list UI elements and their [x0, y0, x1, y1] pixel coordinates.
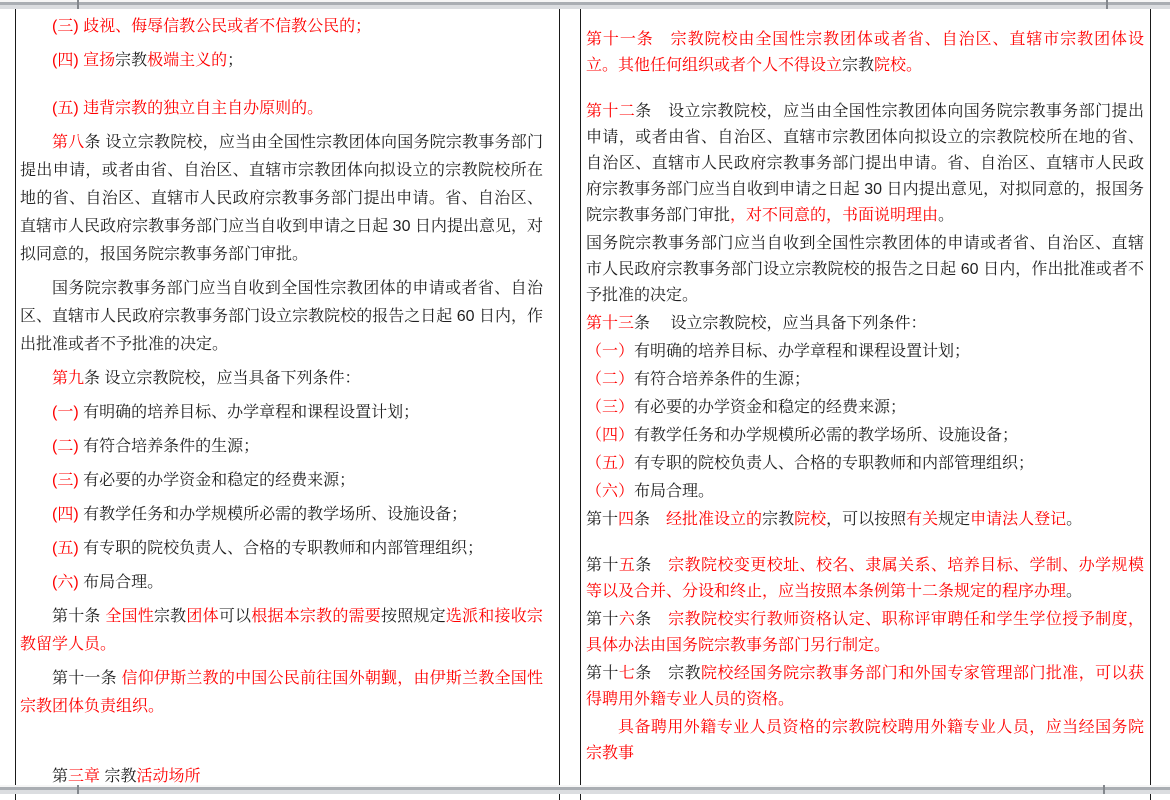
text-run: 有明确的培养目标、办学章程和课程设置计划；	[83, 404, 419, 421]
changed-text-run: (三)	[52, 472, 83, 489]
left-document-pane[interactable]: (三) 歧视、侮辱信教公民或者不信教公民的；(四) 宣扬宗教极端主义的；(五) …	[15, 9, 560, 785]
page-gap-band-top	[0, 0, 1170, 9]
paragraph: 第十二条 设立宗教院校，应当由全国性宗教团体向国务院宗教事务部门提出申请，或者由…	[586, 99, 1144, 229]
ruler-tick	[1103, 785, 1105, 794]
blank-line	[586, 535, 1144, 553]
ruler-tick	[77, 785, 79, 794]
changed-text-run: (三) 歧视、侮辱信教公民或者不信教公民的；	[52, 18, 371, 35]
text-run: 宗教	[115, 52, 147, 69]
paragraph: 第十三条 设立宗教院校，应当具备下列条件：	[586, 311, 1144, 337]
text-run: 第十	[586, 557, 619, 574]
changed-text-run: (四) 宣扬	[52, 52, 115, 69]
text-run: 条	[634, 511, 666, 528]
paragraph: （六）布局合理。	[586, 479, 1144, 505]
changed-text-run: （五）	[586, 455, 634, 472]
band-stripe	[0, 790, 1170, 794]
text-run: 第十条	[52, 608, 105, 625]
changed-text-run: 五	[619, 557, 635, 574]
next-page-border-stub	[580, 794, 581, 800]
changed-text-run: 具备聘用外籍专业人员资格的宗教院校聘用外籍专业人员，应当经国务院宗教事	[586, 719, 1144, 762]
text-run: 第十	[586, 665, 619, 682]
paragraph: 第十七条 宗教院校经国务院宗教事务部门和外国专家管理部门批准，可以获得聘用外籍专…	[586, 661, 1144, 713]
text-run: 有必要的办学资金和稳定的经费来源；	[83, 472, 355, 489]
text-run: 条 设立宗教院校，应当由全国性宗教团体向国务院宗教事务部门提出申请，或者由省、自…	[586, 103, 1144, 224]
text-run: 。	[938, 207, 954, 224]
text-run: 有符合培养条件的生源；	[634, 371, 810, 388]
changed-text-run: 三章	[68, 768, 100, 785]
paragraph: 第十五条 宗教院校变更校址、校名、隶属关系、培养目标、学制、办学规模等以及合并、…	[586, 553, 1144, 605]
changed-text-run: (二)	[52, 438, 83, 455]
changed-text-run: 第十三	[586, 315, 634, 332]
paragraph: (六) 布局合理。	[20, 569, 543, 597]
text-run: 条	[635, 557, 668, 574]
changed-text-run: 活动场所	[136, 768, 200, 785]
text-run: 条 宗教	[635, 665, 701, 682]
changed-text-run: 第九	[52, 370, 84, 387]
paragraph: (三) 歧视、侮辱信教公民或者不信教公民的；	[20, 13, 543, 41]
paragraph: (一) 有明确的培养目标、办学章程和课程设置计划；	[20, 399, 543, 427]
changed-text-run: 根据本宗教的需要	[251, 608, 381, 625]
text-run: 宗教	[842, 57, 874, 74]
changed-text-run: ，对不同意的，书面说明理由	[730, 207, 938, 224]
paragraph: 第十条 全国性宗教团体可以根据本宗教的需要按照规定选派和接收宗教留学人员。	[20, 603, 543, 659]
blank-line	[586, 81, 1144, 99]
changed-text-run: 经批准设立的	[666, 511, 762, 528]
changed-text-run: (四)	[52, 506, 83, 523]
text-run: 有必要的办学资金和稳定的经费来源；	[634, 399, 906, 416]
text-run: 国务院宗教事务部门应当自收到全国性宗教团体的申请或者省、自治区、直辖市人民政府宗…	[586, 235, 1144, 304]
paragraph: 国务院宗教事务部门应当自收到全国性宗教团体的申请或者省、自治区、直辖市人民政府宗…	[586, 231, 1144, 309]
next-page-border-stub	[15, 794, 16, 800]
changed-text-run: 宗教院校变更校址、校名、隶属关系、培养目标、学制、办学规模等以及合并、分设和终止…	[586, 557, 1144, 600]
text-run: 国务院宗教事务部门应当自收到全国性宗教团体的申请或者省、自治区、直辖市人民政府宗…	[20, 280, 543, 353]
paragraph: 第十一条 信仰伊斯兰教的中国公民前往国外朝觐，由伊斯兰教全国性宗教团体负责组织。	[20, 665, 543, 721]
text-run: 。	[1066, 511, 1082, 528]
paragraph: (四) 宣扬宗教极端主义的；	[20, 47, 543, 75]
blank-line	[20, 727, 543, 763]
text-run: 条 设立宗教院校，应当具备下列条件：	[634, 315, 926, 332]
paragraph: (五) 有专职的院校负责人、合格的专职教师和内部管理组织；	[20, 535, 543, 563]
changed-text-run: （四）	[586, 427, 634, 444]
changed-text-run: 七	[619, 665, 635, 682]
changed-text-run: 申请法人登记	[970, 511, 1066, 528]
blank-line	[20, 81, 543, 95]
changed-text-run: 院校。	[874, 57, 922, 74]
changed-text-run: （二）	[586, 371, 634, 388]
text-run: 有专职的院校负责人、合格的专职教师和内部管理组织；	[634, 455, 1034, 472]
text-run: 条	[635, 611, 668, 628]
page-gap-band-bottom	[0, 785, 1170, 794]
changed-text-run: 第十二	[586, 103, 635, 120]
paragraph: （一）有明确的培养目标、办学章程和课程设置计划；	[586, 339, 1144, 365]
text-run: ；	[227, 52, 243, 69]
text-run: 宗教	[154, 608, 186, 625]
text-run: 有符合培养条件的生源；	[83, 438, 259, 455]
text-run: 第十	[586, 511, 618, 528]
ruler-tick	[1106, 0, 1108, 9]
paragraph: （四）有教学任务和办学规模所必需的教学场所、设施设备；	[586, 423, 1144, 449]
text-run: 第	[52, 768, 68, 785]
changed-text-run: (一)	[52, 404, 83, 421]
changed-text-run: （三）	[586, 399, 634, 416]
text-run: 条 设立宗教院校，应当具备下列条件：	[84, 370, 360, 387]
paragraph: 第九条 设立宗教院校，应当具备下列条件：	[20, 365, 543, 393]
changed-text-run: 第八	[52, 134, 84, 151]
changed-text-run: 院校	[794, 511, 826, 528]
changed-text-run: 团体	[186, 608, 218, 625]
ruler-tick	[77, 0, 79, 9]
paragraph: 第三章 宗教活动场所	[20, 763, 543, 785]
changed-text-run: 全国性	[105, 608, 154, 625]
paragraph: (三) 有必要的办学资金和稳定的经费来源；	[20, 467, 543, 495]
changed-text-run: (六)	[52, 574, 83, 591]
paragraph: (四) 有教学任务和办学规模所必需的教学场所、设施设备；	[20, 501, 543, 529]
paragraph: （五）有专职的院校负责人、合格的专职教师和内部管理组织；	[586, 451, 1144, 477]
paragraph: 第十六条 宗教院校实行教师资格认定、职称评审聘任和学生学位授予制度，具体办法由国…	[586, 607, 1144, 659]
changed-text-run: 有关	[906, 511, 938, 528]
paragraph: 具备聘用外籍专业人员资格的宗教院校聘用外籍专业人员，应当经国务院宗教事	[586, 715, 1144, 767]
text-run: 规定	[938, 511, 970, 528]
changed-text-run: 极端主义的	[147, 52, 227, 69]
changed-text-run: 宗教院校实行教师资格认定、职称评审聘任和学生学位授予制度，具体办法由国务院宗教事…	[586, 611, 1144, 654]
text-run: 条 设立宗教院校，应当由全国性宗教团体向国务院宗教事务部门提出申请，或者由省、自…	[20, 134, 543, 263]
text-run: 有专职的院校负责人、合格的专职教师和内部管理组织；	[83, 540, 483, 557]
changed-text-run: (五)	[52, 540, 83, 557]
text-run: 有教学任务和办学规模所必需的教学场所、设施设备；	[634, 427, 1018, 444]
next-page-border-stub	[559, 794, 560, 800]
changed-text-run: （一）	[586, 343, 634, 360]
paragraph: 国务院宗教事务部门应当自收到全国性宗教团体的申请或者省、自治区、直辖市人民政府宗…	[20, 275, 543, 359]
right-document-pane[interactable]: 第十一条 宗教院校由全国性宗教团体或者省、自治区、直辖市宗教团体设立。其他任何组…	[580, 9, 1151, 785]
paragraph: (五) 违背宗教的独立自主自办原则的。	[20, 95, 543, 123]
text-run: 第十	[586, 611, 619, 628]
paragraph: (二) 有符合培养条件的生源；	[20, 433, 543, 461]
paragraph: （三）有必要的办学资金和稳定的经费来源；	[586, 395, 1144, 421]
text-run: 。	[1066, 583, 1082, 600]
text-run: 第十一条	[52, 670, 122, 687]
text-run: 可以	[219, 608, 251, 625]
text-run: 宗教	[100, 768, 136, 785]
text-run: 有教学任务和办学规模所必需的教学场所、设施设备；	[83, 506, 467, 523]
changed-text-run: （六）	[586, 483, 634, 500]
paragraph: 第十一条 宗教院校由全国性宗教团体或者省、自治区、直辖市宗教团体设立。其他任何组…	[586, 27, 1144, 79]
changed-text-run: (五) 违背宗教的独立自主自办原则的。	[52, 100, 323, 117]
paragraph: （二）有符合培养条件的生源；	[586, 367, 1144, 393]
paragraph: 第十四条 经批准设立的宗教院校，可以按照有关规定申请法人登记。	[586, 507, 1144, 533]
text-run: 布局合理。	[83, 574, 163, 591]
changed-text-run: 四	[618, 511, 634, 528]
text-run: 按照规定	[381, 608, 446, 625]
blank-line	[586, 9, 1144, 27]
text-run: 有明确的培养目标、办学章程和课程设置计划；	[634, 343, 970, 360]
next-page-border-stub	[1150, 794, 1151, 800]
changed-text-run: 六	[619, 611, 635, 628]
paragraph: 第八条 设立宗教院校，应当由全国性宗教团体向国务院宗教事务部门提出申请，或者由省…	[20, 129, 543, 269]
text-run: 布局合理。	[634, 483, 714, 500]
text-run: 宗教	[762, 511, 794, 528]
text-run: ，可以按照	[826, 511, 906, 528]
